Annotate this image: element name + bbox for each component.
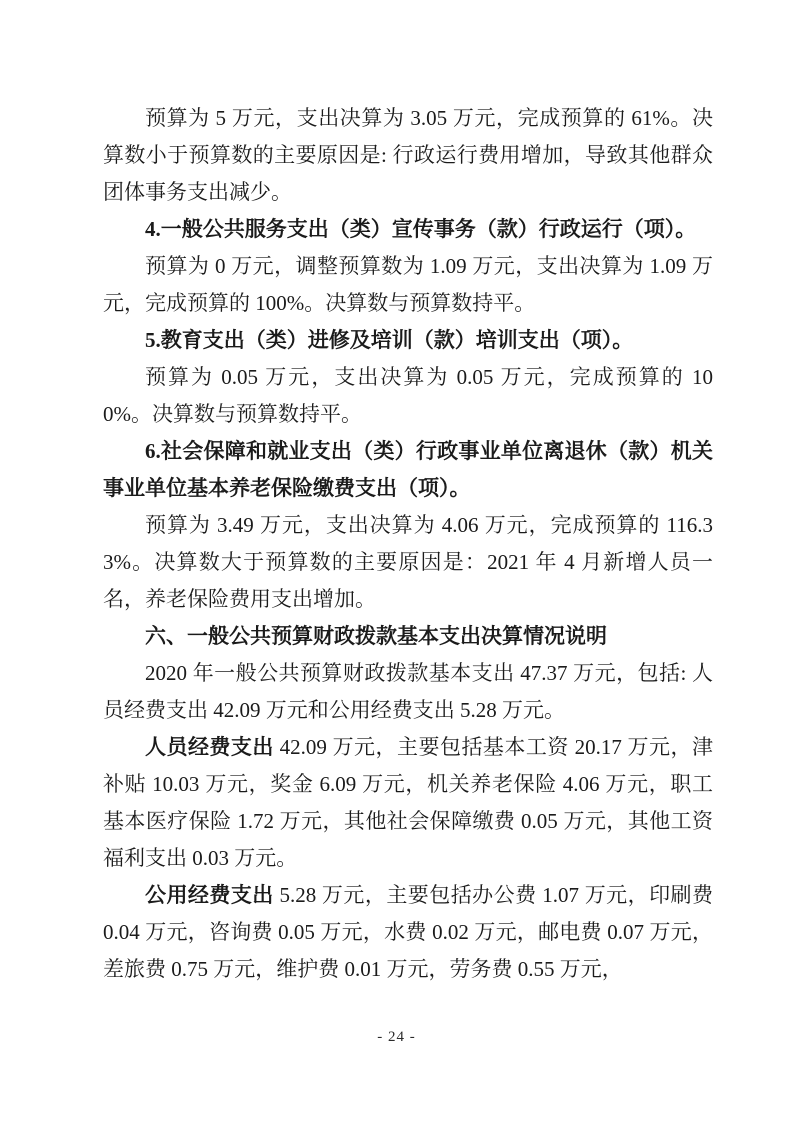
- page-number: - 24 -: [377, 1029, 416, 1045]
- text-run: 预算为 0.05 万元，支出决算为 0.05 万元，完成预算的 100%。决算数…: [103, 365, 713, 426]
- paragraph-heading: 5.教育支出（类）进修及培训（款）培训支出（项）。: [103, 322, 713, 359]
- text-run: 预算为 5 万元，支出决算为 3.05 万元，完成预算的 61%。决算数小于预算…: [103, 106, 713, 204]
- paragraph-body: 预算为 0 万元，调整预算数为 1.09 万元，支出决算为 1.09 万元，完成…: [103, 248, 713, 322]
- text-run-bold: 公用经费支出: [145, 883, 274, 907]
- paragraph-heading: 6.社会保障和就业支出（类）行政事业单位离退休（款）机关事业单位基本养老保险缴费…: [103, 433, 713, 507]
- paragraph-body: 预算为 0.05 万元，支出决算为 0.05 万元，完成预算的 100%。决算数…: [103, 359, 713, 433]
- text-run-bold: 4.一般公共服务支出（类）宣传事务（款）行政运行（项）。: [145, 217, 696, 241]
- text-run: 2020 年一般公共预算财政拨款基本支出 47.37 万元，包括: 人员经费支出…: [103, 661, 713, 722]
- text-run-bold: 人员经费支出: [145, 735, 274, 759]
- document-page: 预算为 5 万元，支出决算为 3.05 万元，完成预算的 61%。决算数小于预算…: [0, 0, 793, 1122]
- text-run-bold: 6.社会保障和就业支出（类）行政事业单位离退休（款）机关事业单位基本养老保险缴费…: [103, 439, 713, 500]
- text-run-bold: 5.教育支出（类）进修及培训（款）培训支出（项）。: [145, 328, 633, 352]
- text-run: 预算为 3.49 万元，支出决算为 4.06 万元，完成预算的 116.33%。…: [103, 513, 713, 611]
- paragraph-body: 公用经费支出 5.28 万元，主要包括办公费 1.07 万元，印刷费 0.04 …: [103, 877, 713, 988]
- paragraph-body: 预算为 3.49 万元，支出决算为 4.06 万元，完成预算的 116.33%。…: [103, 507, 713, 618]
- paragraph-body: 人员经费支出 42.09 万元，主要包括基本工资 20.17 万元，津补贴 10…: [103, 729, 713, 877]
- page-footer: - 24 -: [0, 1028, 793, 1046]
- document-body: 预算为 5 万元，支出决算为 3.05 万元，完成预算的 61%。决算数小于预算…: [103, 100, 713, 988]
- paragraph-body: 2020 年一般公共预算财政拨款基本支出 47.37 万元，包括: 人员经费支出…: [103, 655, 713, 729]
- text-run-bold: 六、一般公共预算财政拨款基本支出决算情况说明: [145, 624, 607, 648]
- text-run: 预算为 0 万元，调整预算数为 1.09 万元，支出决算为 1.09 万元，完成…: [103, 254, 713, 315]
- paragraph-heading: 六、一般公共预算财政拨款基本支出决算情况说明: [103, 618, 713, 655]
- paragraph-heading: 4.一般公共服务支出（类）宣传事务（款）行政运行（项）。: [103, 211, 713, 248]
- paragraph-body: 预算为 5 万元，支出决算为 3.05 万元，完成预算的 61%。决算数小于预算…: [103, 100, 713, 211]
